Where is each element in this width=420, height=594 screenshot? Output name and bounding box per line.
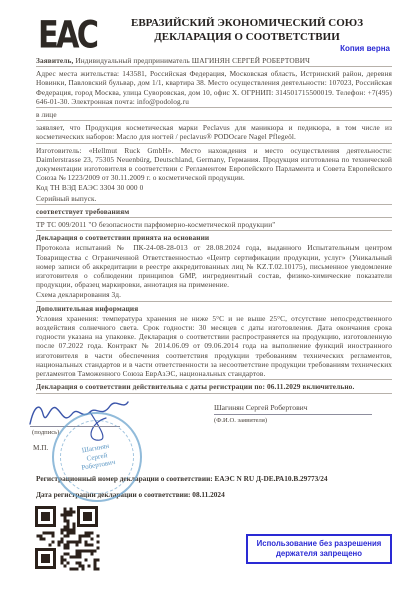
applicant-label: Заявитель, [36, 56, 75, 65]
tn-ved-code: Код ТН ВЭД ЕАЭС 3304 30 000 0 [36, 183, 392, 192]
manufacturer-info: Изготовитель: «Hellmut Ruck GmbH». Место… [36, 146, 392, 183]
in-person-line: в лице [36, 110, 392, 121]
signature-caption: (подпись) [32, 429, 59, 436]
qr-code [35, 506, 101, 572]
applicant-fio: Шагинян Сергей Робертович [214, 403, 372, 415]
additional-info-text: Условия хранения: температура хранения н… [36, 314, 392, 380]
applicant-name: Индивидуальный предприниматель ШАГИНЯН С… [75, 56, 310, 65]
basis-label: Декларация о соответствии принята на осн… [36, 233, 392, 242]
complies-label: соответствует требованиям [36, 207, 392, 218]
title-line-1: ЕВРАЗИЙСКИЙ ЭКОНОМИЧЕСКИЙ СОЮЗ [92, 17, 402, 31]
validity-line: Декларация о соответствии действительна … [36, 382, 392, 393]
fio-caption: (Ф.И.О. заявителя) [214, 417, 267, 424]
document-title: ЕВРАЗИЙСКИЙ ЭКОНОМИЧЕСКИЙ СОЮЗ ДЕКЛАРАЦИ… [92, 17, 402, 44]
title-line-2: ДЕКЛАРАЦИЯ О СООТВЕТСТВИИ [92, 31, 402, 45]
declaration-document: { "header": { "logo_text": "ЕАС", "title… [0, 0, 420, 594]
product-declaration: заявляет, что Продукция косметическая ма… [36, 123, 392, 143]
registration-date-line: Дата регистрации декларации о соответств… [36, 490, 225, 499]
copy-verified-mark: Копия верна [340, 44, 390, 53]
eac-logo: ЕАС [38, 13, 77, 60]
stamp-place-label: М.П. [33, 444, 48, 452]
additional-info-label: Дополнительная информация [36, 304, 392, 313]
serial-release: Серийный выпуск. [36, 194, 392, 205]
registration-number-value: ЕАЭС N RU Д-DE.РА10.В.29773/24 [215, 474, 328, 483]
regulation-reference: ТР ТС 009/2011 "О безопасности парфюмерн… [36, 220, 392, 231]
document-body: Заявитель, Индивидуальный предпринимател… [36, 56, 392, 396]
stamp-text: Шагинян Сергей Робертович [54, 414, 140, 500]
applicant-line: Заявитель, Индивидуальный предпринимател… [36, 56, 392, 67]
basis-text: Протокола испытаний № ПК-24-08-28-013 от… [36, 243, 392, 289]
declaration-scheme: Схема декларирования 3д. [36, 290, 392, 301]
applicant-address: Адрес места жительства: 143581, Российск… [36, 69, 392, 108]
registration-date-value: 08.11.2024 [192, 490, 224, 499]
usage-restriction-notice: Использование без разрешения держателя з… [246, 534, 392, 564]
